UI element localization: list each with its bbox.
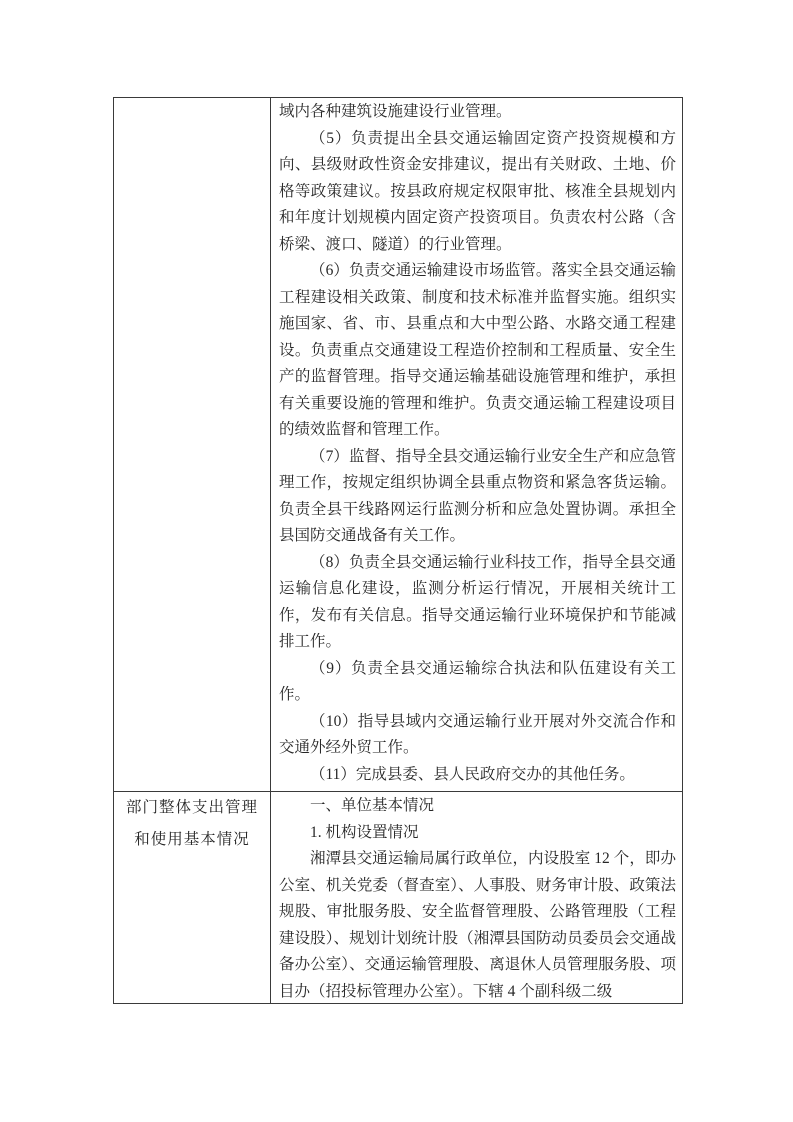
continuation-text: 域内各种建筑设施建设行业管理。 xyxy=(279,99,676,126)
duty-item-9: （9）负责全县交通运输综合执法和队伍建设有关工作。 xyxy=(279,656,676,709)
section-heading: 一、单位基本情况 xyxy=(279,793,676,820)
overview-label-cell: 部门整体支出管理和使用基本情况 xyxy=(114,792,271,1004)
duty-item-7: （7）监督、指导全县交通运输行业安全生产和应急管理工作，按规定组织协调全县重点物… xyxy=(279,444,676,550)
report-table: 域内各种建筑设施建设行业管理。 （5）负责提出全县交通运输固定资产投资规模和方向… xyxy=(113,97,683,1004)
duty-item-8: （8）负责全县交通运输行业科技工作，指导全县交通运输信息化建设，监测分析运行情况… xyxy=(279,550,676,656)
overview-content-cell: 一、单位基本情况 1. 机构设置情况 湘潭县交通运输局属行政单位，内设股室 12… xyxy=(271,792,683,1004)
duty-item-10: （10）指导县域内交通运输行业开展对外交流合作和交通外经外贸工作。 xyxy=(279,709,676,762)
overview-row-label: 部门整体支出管理和使用基本情况 xyxy=(114,792,270,856)
table-row-duties: 域内各种建筑设施建设行业管理。 （5）负责提出全县交通运输固定资产投资规模和方向… xyxy=(114,98,683,792)
duties-content: 域内各种建筑设施建设行业管理。 （5）负责提出全县交通运输固定资产投资规模和方向… xyxy=(271,98,682,791)
duties-label-cell xyxy=(114,98,271,792)
duty-item-5: （5）负责提出全县交通运输固定资产投资规模和方向、县级财政性资金安排建议，提出有… xyxy=(279,126,676,259)
duties-content-cell: 域内各种建筑设施建设行业管理。 （5）负责提出全县交通运输固定资产投资规模和方向… xyxy=(271,98,683,792)
table-row-overview: 部门整体支出管理和使用基本情况 一、单位基本情况 1. 机构设置情况 湘潭县交通… xyxy=(114,792,683,1004)
duty-item-6: （6）负责交通运输建设市场监管。落实全县交通运输工程建设相关政策、制度和技术标准… xyxy=(279,258,676,444)
document-page: 域内各种建筑设施建设行业管理。 （5）负责提出全县交通运输固定资产投资规模和方向… xyxy=(0,0,793,1122)
overview-content: 一、单位基本情况 1. 机构设置情况 湘潭县交通运输局属行政单位，内设股室 12… xyxy=(271,792,682,1003)
duty-item-11: （11）完成县委、县人民政府交办的其他任务。 xyxy=(279,762,676,789)
org-setup-paragraph: 湘潭县交通运输局属行政单位，内设股室 12 个，即办公室、机关党委（督查室）、人… xyxy=(279,846,676,1003)
subsection-heading: 1. 机构设置情况 xyxy=(279,820,676,847)
